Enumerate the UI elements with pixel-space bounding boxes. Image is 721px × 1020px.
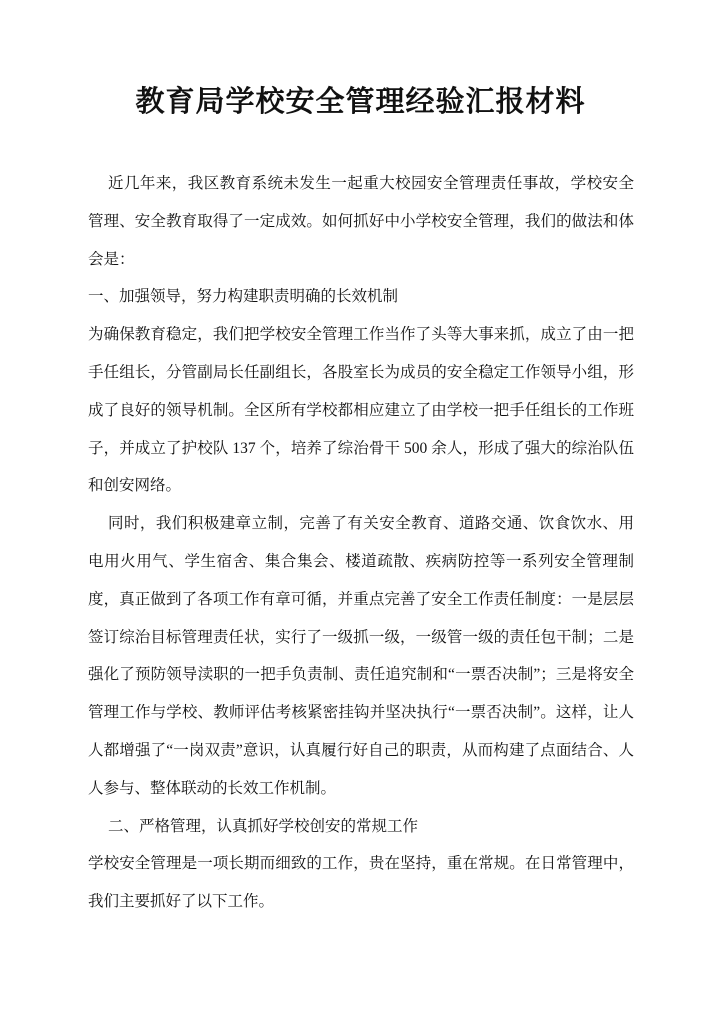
paragraph: 学校安全管理是一项长期而细致的工作，贵在坚持，重在常规。在日常管理中，我们主要抓…: [88, 845, 634, 921]
paragraph: 为确保教育稳定，我们把学校安全管理工作当作了头等大事来抓，成立了由一把手任组长，…: [88, 316, 634, 505]
document-page: 教育局学校安全管理经验汇报材料 近几年来，我区教育系统未发生一起重大校园安全管理…: [0, 0, 721, 1020]
document-body: 近几年来，我区教育系统未发生一起重大校园安全管理责任事故，学校安全管理、安全教育…: [88, 165, 634, 921]
paragraph: 一、加强领导，努力构建职责明确的长效机制: [88, 278, 634, 316]
paragraph: 同时，我们积极建章立制，完善了有关安全教育、道路交通、饮食饮水、用电用火用气、学…: [88, 505, 634, 807]
document-title: 教育局学校安全管理经验汇报材料: [0, 84, 721, 120]
paragraph: 近几年来，我区教育系统未发生一起重大校园安全管理责任事故，学校安全管理、安全教育…: [88, 165, 634, 278]
paragraph: 二、严格管理，认真抓好学校创安的常规工作: [88, 808, 634, 846]
